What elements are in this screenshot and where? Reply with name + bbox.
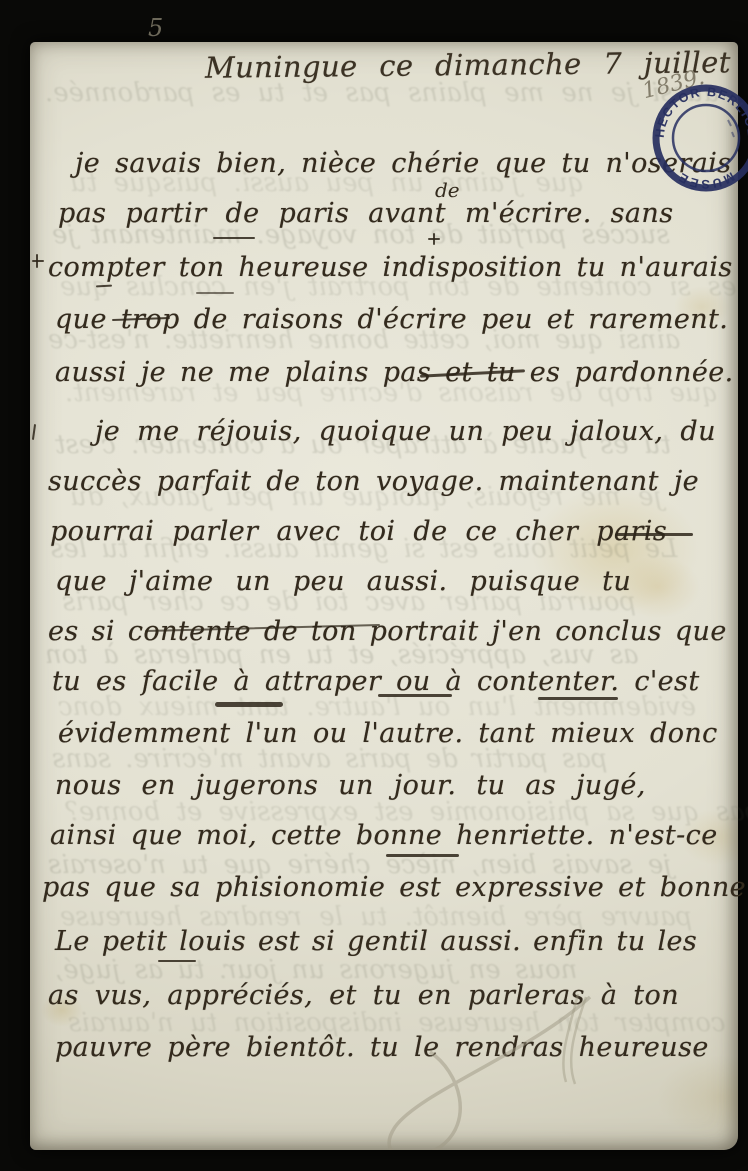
edge-mark: [32, 424, 36, 440]
stamp-text-bottom: MUSÉE: [675, 169, 737, 191]
letter-line: aussi je ne me plains pas et tu es pardo…: [55, 357, 734, 388]
letter-line: tu es facile à attraper ou à contenter. …: [52, 666, 700, 697]
letter-line: Le petit louis est si gentil aussi. enfi…: [55, 926, 697, 957]
letter-line: nous en jugerons un jour. tu as jugé,: [55, 770, 646, 801]
ink-underline: [538, 697, 618, 700]
letter-line: as vus, appréciés, et tu en parleras à t…: [48, 980, 679, 1011]
ink-dash: [215, 702, 283, 707]
letter-scan: aussi je ne me plains pas et tu es pardo…: [0, 0, 748, 1171]
letter-line: pas que sa phisionomie est expressive et…: [42, 872, 748, 903]
ink-underline: [615, 533, 693, 536]
pencil-page-number: 5: [148, 14, 163, 42]
letter-page: aussi je ne me plains pas et tu es pardo…: [30, 42, 738, 1150]
letter-line: que j'aime un peu aussi. puisque tu: [55, 566, 631, 597]
letter-line: je me réjouis, quoique un peu jaloux, du: [95, 416, 716, 447]
ink-caret: [96, 285, 112, 288]
caret-mark: [433, 233, 435, 245]
letter-line: ainsi que moi, cette bonne henriette. n'…: [50, 820, 718, 851]
letter-line: je savais bien, nièce chérie que tu n'os…: [75, 148, 732, 179]
ink-underline: [386, 854, 459, 857]
letter-line: pas partir de paris avant m'écrire. sans: [58, 198, 673, 229]
letter-line: pourrai parler avec toi de ce cher paris: [50, 516, 667, 547]
ink-underline: [196, 292, 234, 294]
svg-text:MUSÉE: MUSÉE: [675, 169, 737, 191]
museum-stamp: HECTOR BERLIOZ MUSÉE: [650, 82, 748, 194]
letter-line: succès parfait de ton voyage. maintenant…: [48, 466, 699, 497]
ink-underline: [378, 694, 452, 697]
edge-mark: [36, 254, 38, 268]
ink-underline: [213, 237, 255, 239]
inserted-word: de: [435, 178, 460, 202]
letter-line: que trop de raisons d'écrire peu et rare…: [55, 304, 728, 335]
edge-mark: [32, 260, 44, 262]
ink-underline: [158, 960, 196, 962]
letter-line: compter ton heureuse indisposition tu n'…: [48, 252, 733, 283]
svg-text:HECTOR BERLIOZ: HECTOR BERLIOZ: [653, 85, 748, 139]
letter-line: pauvre père bientôt. tu le rendras heure…: [55, 1032, 709, 1063]
stamp-text-top: HECTOR BERLIOZ: [653, 85, 748, 139]
letter-line: évidemment l'un ou l'autre. tant mieux d…: [58, 718, 718, 749]
